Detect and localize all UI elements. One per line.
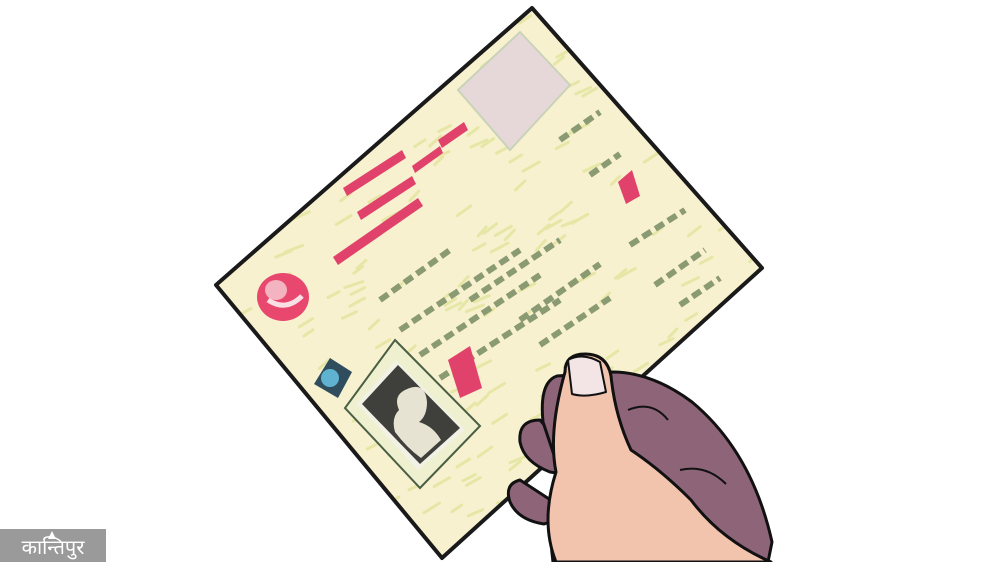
kantipur-logo: कान्तिपुर — [0, 529, 106, 562]
hand — [508, 354, 772, 562]
emblem-icon — [257, 273, 309, 321]
crest-icon — [47, 531, 57, 539]
illustration — [0, 0, 1000, 562]
